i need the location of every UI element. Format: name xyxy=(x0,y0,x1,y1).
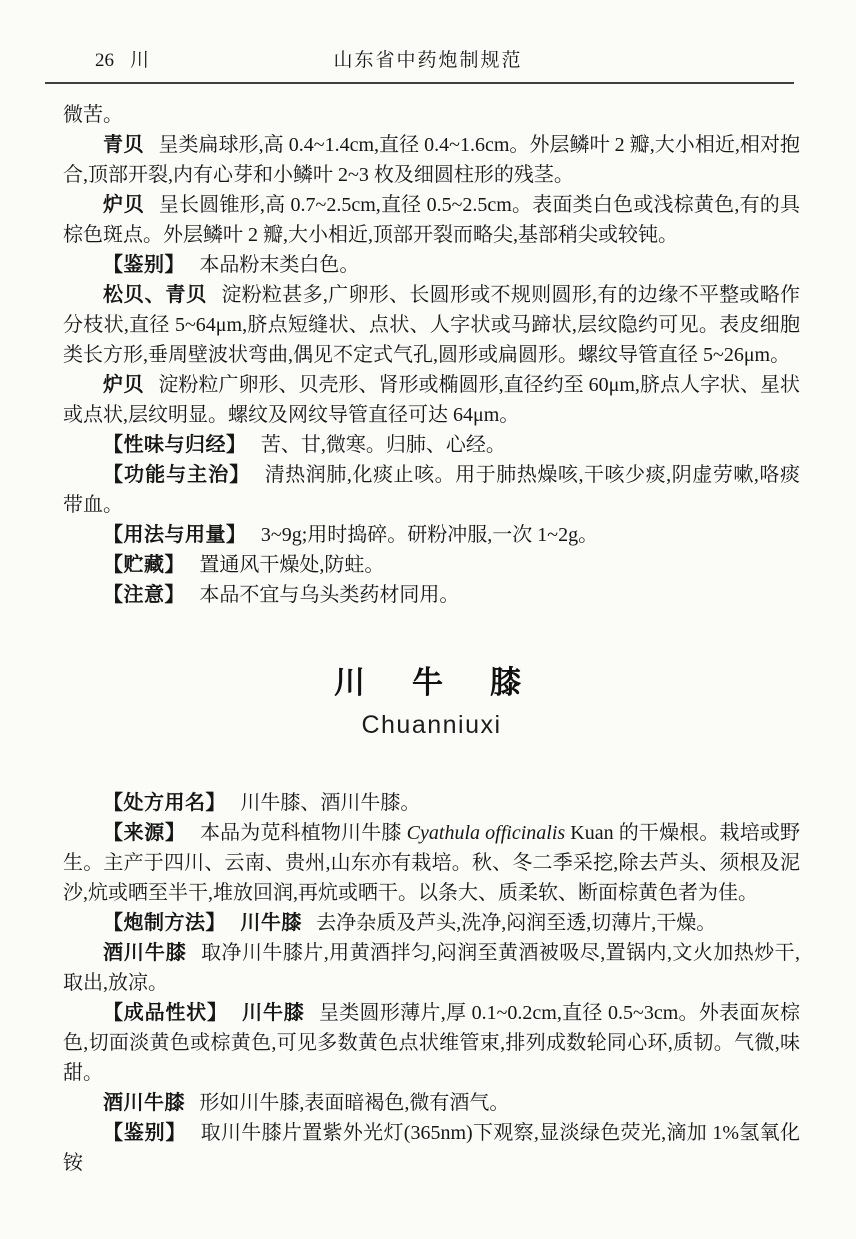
paragraph: 【功能与主治】清热润肺,化痰止咳。用于肺热燥咳,干咳少痰,阴虚劳嗽,咯痰带血。 xyxy=(63,460,800,520)
body-text: 3~9g;用时捣碎。研粉冲服,一次 1~2g。 xyxy=(261,524,598,546)
monograph-section: 【处方用名】川牛膝、酒川牛膝。【来源】本品为苋科植物川牛膝 Cyathula o… xyxy=(63,788,800,1178)
document-page: 26川 山东省中药炮制规范 微苦。青贝呈类扁球形,高 0.4~1.4cm,直径 … xyxy=(0,0,856,1239)
latin-name: Cyathula officinalis xyxy=(407,822,565,844)
paragraph: 松贝、青贝淀粉粒甚多,广卵形、长圆形或不规则圆形,有的边缘不平整或略作分枝状,直… xyxy=(63,280,800,370)
body-text: 去净杂质及芦头,洗净,闷润至透,切薄片,干燥。 xyxy=(316,912,716,934)
section-label: 【鉴别】 xyxy=(103,254,185,276)
section-label: 【鉴别】 xyxy=(103,1122,186,1144)
subheading: 酒川牛膝 xyxy=(103,942,187,964)
body-text: 呈类扁球形,高 0.4~1.4cm,直径 0.4~1.6cm。外层鳞叶 2 瓣,… xyxy=(63,134,800,186)
paragraph: 【贮藏】置通风干燥处,防蛀。 xyxy=(63,550,800,580)
subheading: 松贝、青贝 xyxy=(103,284,207,306)
subheading: 酒川牛膝 xyxy=(103,1092,185,1114)
monograph-end-section: 微苦。青贝呈类扁球形,高 0.4~1.4cm,直径 0.4~1.6cm。外层鳞叶… xyxy=(63,100,800,610)
monograph-title-block: 川 牛 膝 Chuanniuxi xyxy=(63,668,800,740)
subheading: 青贝 xyxy=(103,134,144,156)
body-text: 微苦。 xyxy=(63,104,123,126)
paragraph: 【用法与用量】3~9g;用时捣碎。研粉冲服,一次 1~2g。 xyxy=(63,520,800,550)
paragraph: 微苦。 xyxy=(63,100,800,130)
page-header: 26川 山东省中药炮制规范 xyxy=(0,48,856,74)
body-text: 苦、甘,微寒。归肺、心经。 xyxy=(261,434,506,456)
paragraph: 酒川牛膝取净川牛膝片,用黄酒拌匀,闷润至黄酒被吸尽,置锅内,文火加热炒干,取出,… xyxy=(63,938,800,998)
section-label: 【用法与用量】 xyxy=(103,524,247,546)
paragraph: 【性味与归经】苦、甘,微寒。归肺、心经。 xyxy=(63,430,800,460)
section-label: 【炮制方法】 xyxy=(103,912,226,934)
monograph-pinyin: Chuanniuxi xyxy=(63,710,800,740)
section-label: 【来源】 xyxy=(103,822,186,844)
page-content: 微苦。青贝呈类扁球形,高 0.4~1.4cm,直径 0.4~1.6cm。外层鳞叶… xyxy=(0,84,856,1178)
body-text: 本品粉末类白色。 xyxy=(199,254,359,276)
subheading: 炉贝 xyxy=(103,194,144,216)
paragraph: 【成品性状】川牛膝呈类圆形薄片,厚 0.1~0.2cm,直径 0.5~3cm。外… xyxy=(63,998,800,1088)
paragraph: 炉贝呈长圆锥形,高 0.7~2.5cm,直径 0.5~2.5cm。表面类白色或浅… xyxy=(63,190,800,250)
body-text: 川牛膝、酒川牛膝。 xyxy=(240,792,420,814)
section-label: 【注意】 xyxy=(103,584,185,606)
body-text: 呈长圆锥形,高 0.7~2.5cm,直径 0.5~2.5cm。表面类白色或浅棕黄… xyxy=(63,194,800,246)
body-text: 形如川牛膝,表面暗褐色,微有酒气。 xyxy=(199,1092,509,1114)
paragraph: 【鉴别】本品粉末类白色。 xyxy=(63,250,800,280)
subheading: 川牛膝 xyxy=(242,1002,304,1024)
body-text: 淀粉粒广卵形、贝壳形、肾形或椭圆形,直径约至 60μm,脐点人字状、星状或点状,… xyxy=(63,374,800,426)
book-title: 山东省中药炮制规范 xyxy=(0,48,856,74)
paragraph: 炉贝淀粉粒广卵形、贝壳形、肾形或椭圆形,直径约至 60μm,脐点人字状、星状或点… xyxy=(63,370,800,430)
body-text: 本品不宜与乌头类药材同用。 xyxy=(199,584,459,606)
paragraph: 【注意】本品不宜与乌头类药材同用。 xyxy=(63,580,800,610)
monograph-title: 川 牛 膝 xyxy=(63,668,800,698)
paragraph: 青贝呈类扁球形,高 0.4~1.4cm,直径 0.4~1.6cm。外层鳞叶 2 … xyxy=(63,130,800,190)
body-text: 本品为苋科植物川牛膝 xyxy=(200,822,407,844)
body-text: 置通风干燥处,防蛀。 xyxy=(199,554,384,576)
section-label: 【功能与主治】 xyxy=(103,464,250,486)
subheading: 川牛膝 xyxy=(240,912,302,934)
paragraph: 【处方用名】川牛膝、酒川牛膝。 xyxy=(63,788,800,818)
section-label: 【成品性状】 xyxy=(103,1002,228,1024)
section-label: 【处方用名】 xyxy=(103,792,226,814)
paragraph: 【炮制方法】川牛膝去净杂质及芦头,洗净,闷润至透,切薄片,干燥。 xyxy=(63,908,800,938)
section-label: 【贮藏】 xyxy=(103,554,185,576)
paragraph: 【鉴别】取川牛膝片置紫外光灯(365nm)下观察,显淡绿色荧光,滴加 1%氢氧化… xyxy=(63,1118,800,1178)
subheading: 炉贝 xyxy=(103,374,144,396)
section-label: 【性味与归经】 xyxy=(103,434,247,456)
paragraph: 酒川牛膝形如川牛膝,表面暗褐色,微有酒气。 xyxy=(63,1088,800,1118)
paragraph: 【来源】本品为苋科植物川牛膝 Cyathula officinalis Kuan… xyxy=(63,818,800,908)
